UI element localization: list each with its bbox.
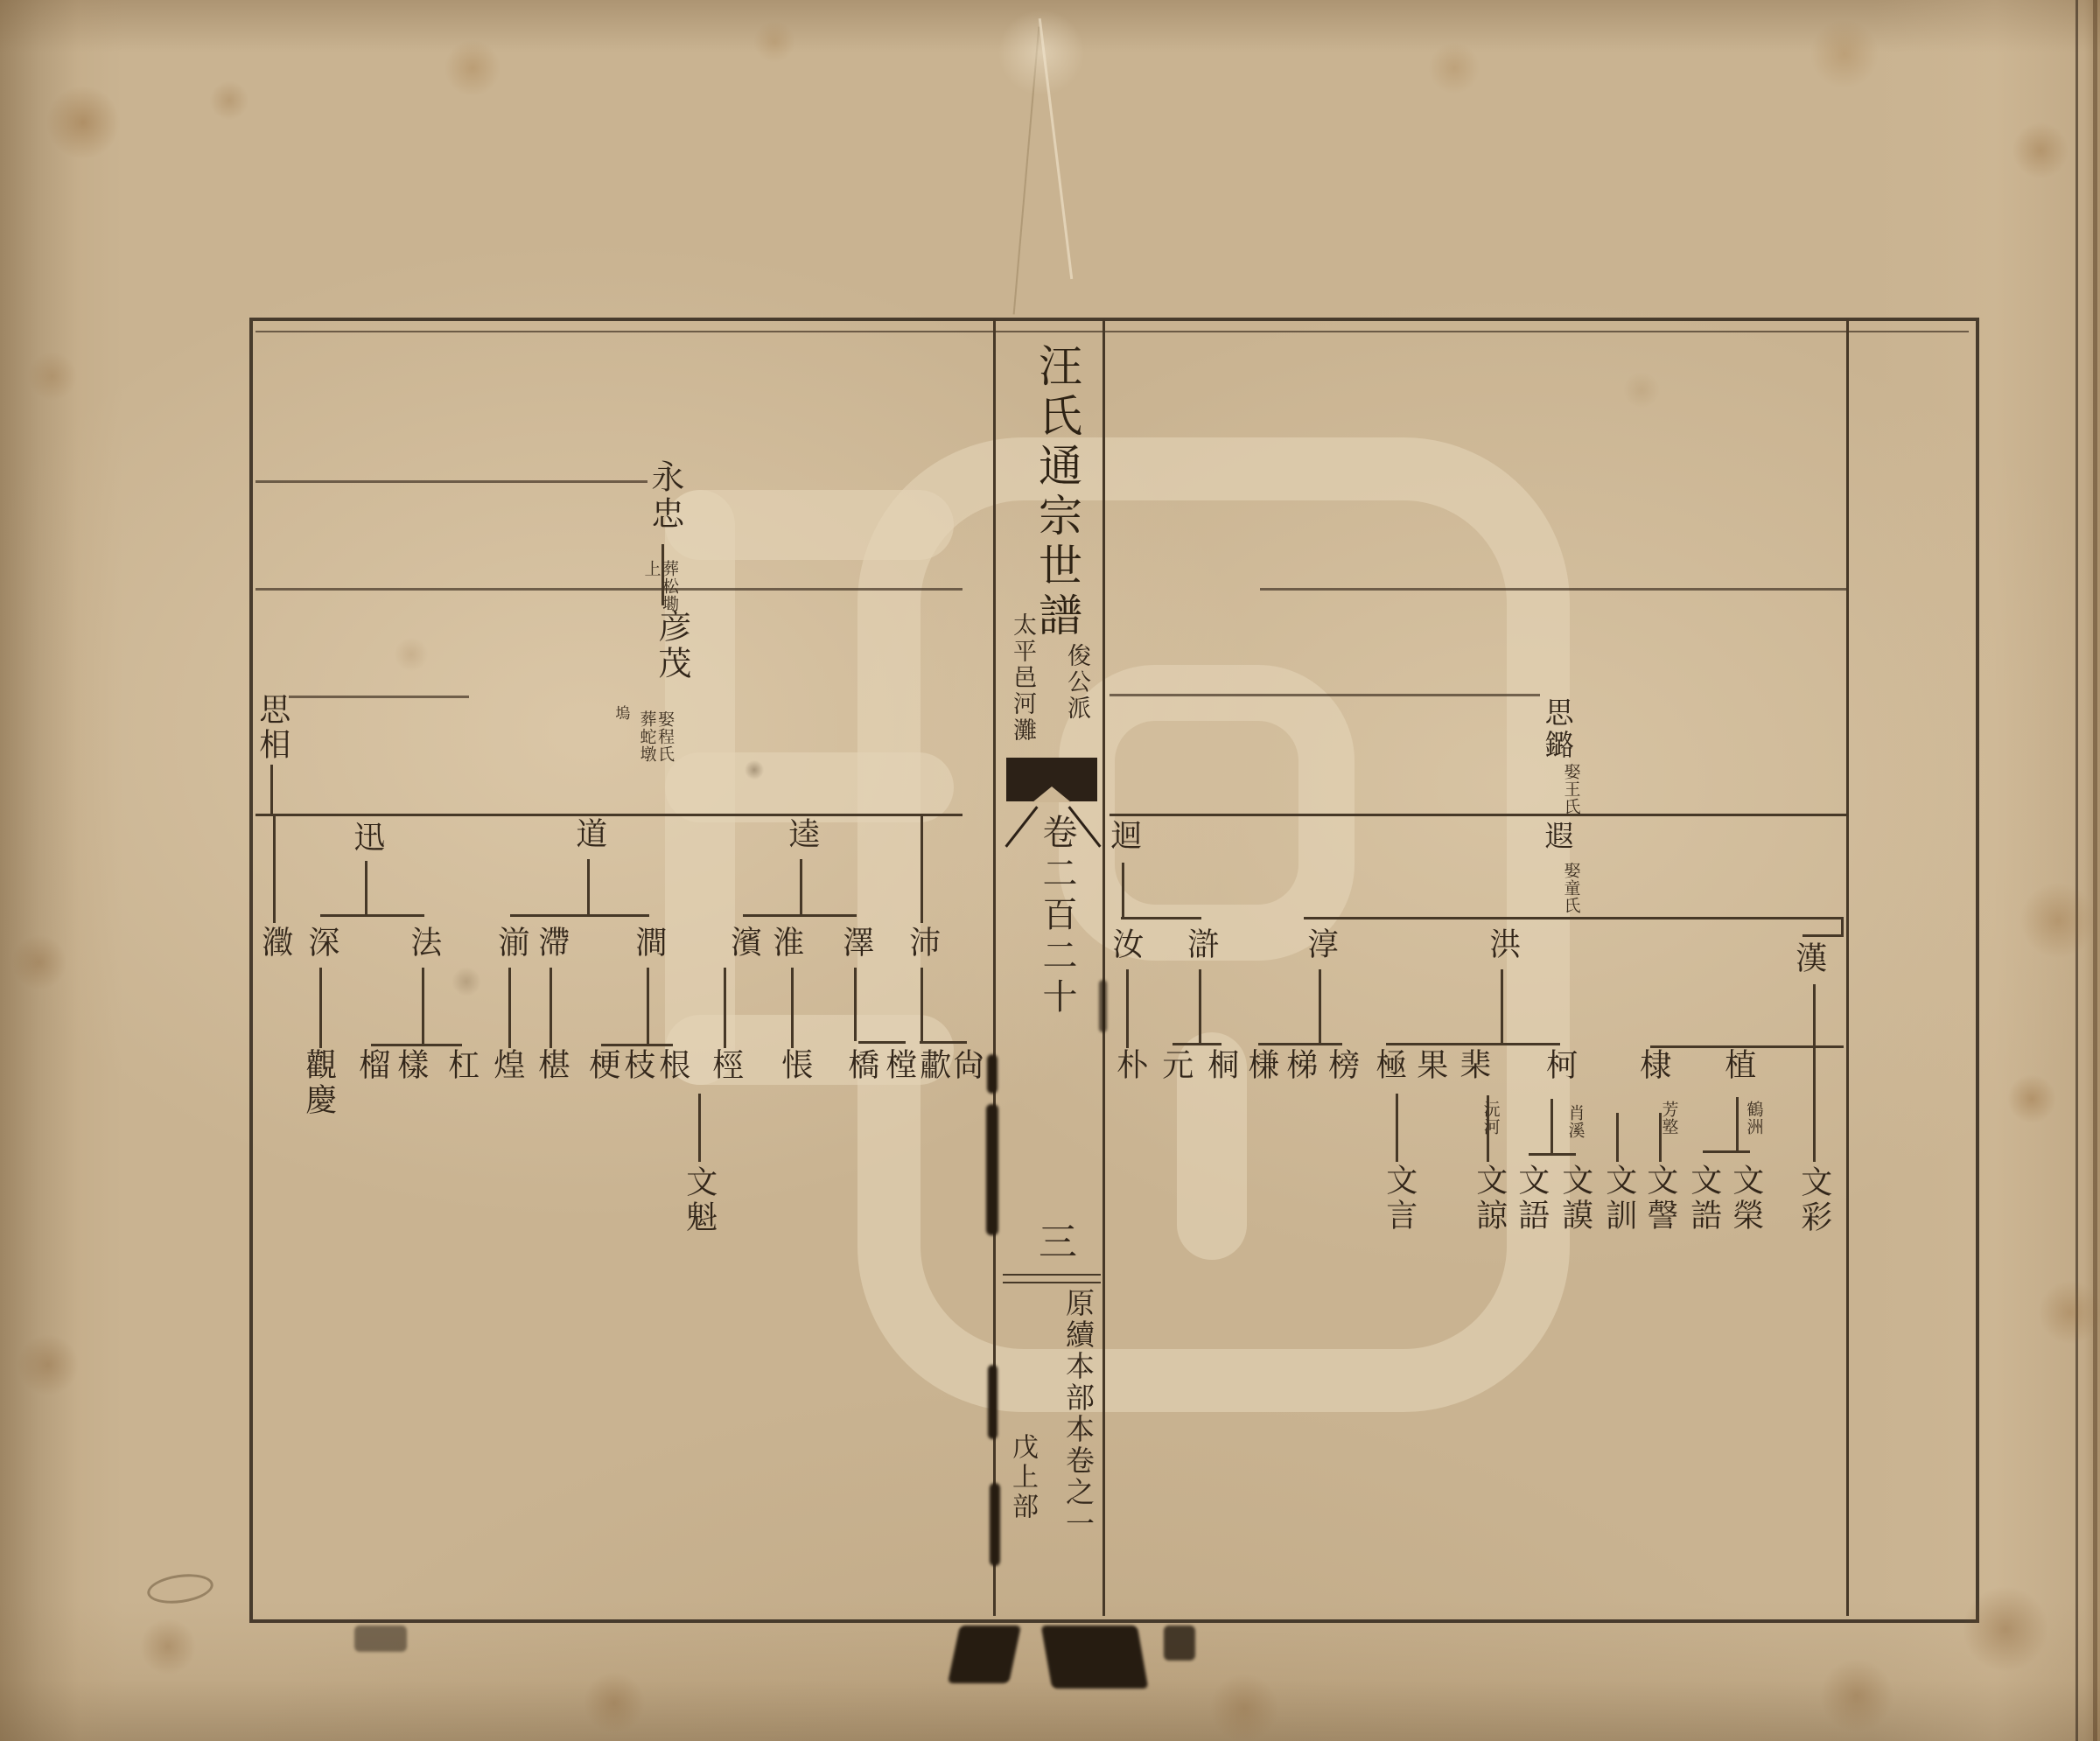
tree-node: 道 — [572, 817, 605, 852]
tree-node: 煌 — [490, 1048, 523, 1083]
generation-line — [255, 588, 962, 591]
node-annotation: 葬松墈 上 — [641, 560, 677, 612]
connector-line — [1501, 969, 1503, 1043]
tree-node: 朴 — [1113, 1048, 1146, 1083]
tree-node: 悵 — [778, 1048, 811, 1083]
center-column-right-line — [1102, 319, 1105, 1616]
connector-line — [1396, 1094, 1398, 1162]
node-annotation: 肖溪 — [1565, 1104, 1584, 1139]
sibling-bracket — [1386, 1043, 1560, 1045]
generation-line — [1109, 814, 1846, 816]
connector-line — [365, 861, 367, 914]
ink-smudge — [990, 1483, 1000, 1566]
tree-node: 極 — [1372, 1048, 1405, 1083]
annotation-col: 上 — [641, 560, 660, 612]
generation-line — [255, 480, 647, 483]
node-annotation: 娶程氏 葬蛇墩 — [637, 710, 673, 763]
tree-node: 沛 — [906, 926, 939, 961]
sibling-bracket — [371, 1044, 462, 1046]
tree-node: 文諒 — [1473, 1164, 1506, 1234]
tree-node: 棣 — [1636, 1048, 1669, 1083]
connector-line — [1126, 969, 1129, 1048]
connector-line — [647, 968, 649, 1044]
connector-line — [1841, 917, 1844, 936]
tree-node: 澤 — [839, 926, 872, 961]
sibling-bracket — [1172, 1043, 1221, 1045]
sibling-bracket — [920, 1041, 967, 1044]
node-annotation: 沅河 — [1480, 1101, 1499, 1136]
tree-node: 文魁 — [682, 1165, 716, 1235]
edition-note: 原續本部本卷之一 — [1057, 1288, 1098, 1540]
tree-node: 梗 — [585, 1048, 619, 1083]
sibling-bracket — [1258, 1043, 1342, 1045]
tree-node: 柯 — [1543, 1048, 1576, 1083]
tree-node: 文謦 — [1643, 1164, 1676, 1234]
part-label: 戊上部 — [1003, 1433, 1041, 1522]
node-annotation: 娶童氏 — [1561, 862, 1579, 914]
tree-node: 樘 — [882, 1048, 915, 1083]
tree-node: 樣 — [394, 1048, 427, 1083]
tree-node: 文彩 — [1797, 1165, 1830, 1235]
ink-smudge — [1099, 980, 1107, 1032]
tree-node: 尙 — [949, 1048, 983, 1083]
tree-node: 杠 — [444, 1048, 478, 1083]
tree-node: 桐 — [1204, 1048, 1237, 1083]
tree-node: 思鏴 — [1541, 697, 1571, 762]
sibling-bracket — [1304, 917, 1844, 919]
tree-node: 文語 — [1515, 1164, 1548, 1234]
tree-node: 根 — [655, 1048, 689, 1083]
volume-label: 卷二百二十 — [1032, 814, 1082, 1019]
generation-line — [255, 814, 962, 816]
ink-smudge — [987, 1054, 997, 1094]
tree-node: 椹 — [535, 1048, 568, 1083]
genealogy-title: 汪氏通宗世譜 — [1025, 343, 1088, 642]
ink-smudge — [1041, 1626, 1149, 1689]
sibling-bracket — [1802, 934, 1844, 937]
connector-line — [854, 968, 857, 1041]
generation-line — [1109, 694, 1540, 696]
annotation-col: 葬蛇墩 — [637, 710, 655, 763]
page-edge-line — [2093, 0, 2097, 1741]
tree-node: 迅 — [350, 821, 383, 856]
tree-node: 枝 — [620, 1048, 654, 1083]
tree-node: 滸 — [1184, 927, 1217, 962]
sibling-bracket — [1703, 1150, 1750, 1153]
connector-line — [1199, 969, 1201, 1043]
connector-line — [920, 968, 923, 1041]
genealogy-page-scan: 汪氏通宗世譜 太平邑河灘 俊公派 卷二百二十 三 原續本部本卷之一 戊上部 永忠… — [0, 0, 2100, 1741]
tree-node: 逵 — [785, 817, 818, 852]
sibling-bracket — [510, 914, 649, 917]
connector-line — [791, 968, 794, 1048]
ink-smudge — [988, 1365, 997, 1439]
tree-node: 滯 — [535, 926, 568, 961]
tree-node: 迴 — [1107, 819, 1140, 854]
tree-node: 梯 — [1283, 1048, 1316, 1083]
connector-line — [273, 816, 276, 923]
tree-node: 果 — [1413, 1048, 1446, 1083]
tree-node: 汝 — [1109, 927, 1142, 962]
connector-line — [724, 968, 726, 1048]
connector-line — [587, 859, 590, 914]
connector-line — [1736, 1097, 1739, 1150]
tree-node: 文誥 — [1687, 1164, 1720, 1234]
tree-node: 湔 — [494, 926, 528, 961]
tree-node: 永忠 — [646, 459, 681, 533]
tree-node: 思相 — [255, 693, 289, 763]
connector-line — [1813, 984, 1816, 1045]
tree-node: 文榮 — [1729, 1164, 1762, 1234]
connector-line — [422, 968, 424, 1044]
connector-line — [1616, 1113, 1619, 1162]
tree-node: 彦茂 — [653, 609, 688, 682]
tree-node: 榴 — [355, 1048, 388, 1083]
sibling-bracket — [743, 914, 857, 917]
tree-node: 濱 — [727, 926, 760, 961]
generation-line — [289, 696, 469, 698]
sibling-bracket — [1529, 1153, 1576, 1156]
fishtail-mark — [1006, 758, 1097, 801]
tree-node: 文言 — [1382, 1164, 1416, 1234]
folio-divider — [1003, 1282, 1101, 1283]
connector-line — [800, 859, 802, 914]
annotation-col: 娶程氏 — [655, 710, 674, 763]
tree-node: 淳 — [1304, 927, 1337, 962]
ink-smudge — [948, 1626, 1021, 1683]
tree-node: 澗 — [632, 926, 665, 961]
connector-line — [319, 968, 322, 1048]
tree-node: 桱 — [709, 1048, 742, 1083]
tree-node: 文謨 — [1558, 1164, 1592, 1234]
tree-node: 文訓 — [1602, 1164, 1635, 1234]
tree-node: 槏 — [1244, 1048, 1277, 1083]
node-annotation: 娶王氏 — [1561, 763, 1579, 815]
annotation-col: 葬松墈 — [660, 560, 678, 612]
branch-label: 俊公派 — [1060, 643, 1095, 722]
folio-divider — [1003, 1274, 1101, 1276]
tree-node: 歗 — [916, 1048, 949, 1083]
tree-node: 元 — [1158, 1048, 1192, 1083]
ink-smudge — [986, 1104, 998, 1235]
generation-line — [1260, 588, 1846, 591]
connector-line — [1550, 1099, 1553, 1153]
tree-node: 深 — [304, 926, 338, 961]
sibling-bracket — [1121, 917, 1201, 919]
folio-number: 三 — [1025, 1221, 1081, 1263]
tree-node: 漢 — [1792, 941, 1825, 976]
node-annotation: 鶴洲 — [1744, 1101, 1762, 1136]
page-edge-line — [2075, 0, 2078, 1741]
node-annotation: 芳墪 — [1659, 1101, 1677, 1136]
sibling-bracket — [320, 914, 424, 917]
tree-node: 洪 — [1486, 927, 1519, 962]
sibling-bracket — [858, 1041, 906, 1044]
right-margin-divider — [1846, 319, 1849, 1616]
chart-border-inner — [255, 331, 1969, 332]
tree-node: 法 — [407, 926, 440, 961]
connector-line — [508, 968, 511, 1048]
connector-line — [1813, 1045, 1816, 1162]
tree-node: 瀓 — [258, 926, 291, 961]
connector-line — [920, 816, 923, 923]
ink-smudge — [1164, 1626, 1195, 1661]
connector-line — [698, 1094, 701, 1162]
connector-line — [1122, 863, 1124, 917]
tree-node: 遐 — [1541, 821, 1571, 853]
sibling-bracket — [601, 1044, 673, 1046]
connector-line — [270, 765, 273, 814]
tree-node: 淮 — [769, 926, 802, 961]
connector-line — [1319, 969, 1321, 1043]
ink-smudge — [354, 1626, 407, 1652]
tree-node: 橋 — [844, 1048, 878, 1083]
tree-node: 觀慶 — [302, 1048, 335, 1118]
tree-node: 植 — [1721, 1048, 1754, 1083]
connector-line — [549, 968, 552, 1048]
tree-node: 榜 — [1325, 1048, 1358, 1083]
node-annotation: 塢 — [612, 705, 628, 721]
tree-node: 棐 — [1456, 1048, 1489, 1083]
locality-label: 太平邑河灘 — [1006, 612, 1040, 744]
